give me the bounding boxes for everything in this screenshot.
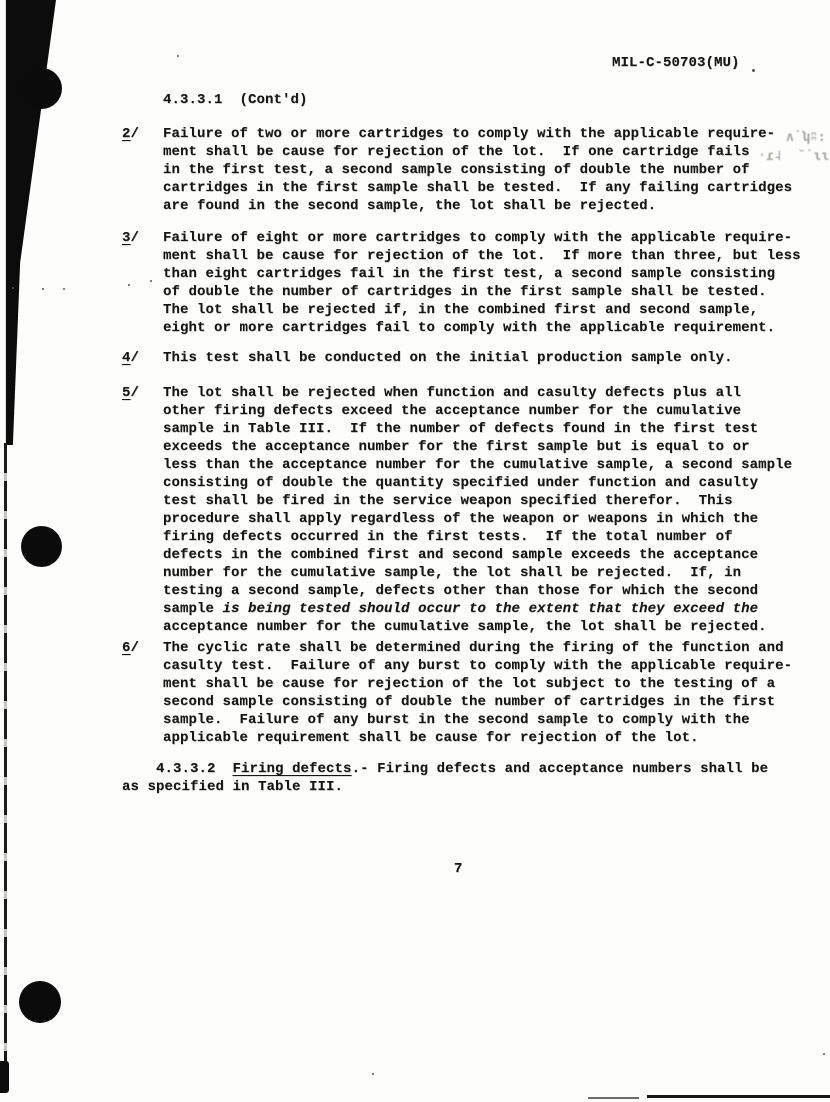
footnote-paragraph: 6/ The cyclic rate shall be determined d… [122, 639, 823, 747]
page-number: 7 [454, 860, 463, 878]
scan-edge-blob [0, 1061, 9, 1093]
footnote-number: 4/ [122, 349, 163, 367]
footnote-text-segment: acceptance number for the cumulative sam… [163, 619, 767, 635]
hole-punch-mark [21, 526, 62, 567]
footnote-paragraph: 4/ This test shall be conducted on the i… [122, 349, 823, 367]
footnote-text: This test shall be conducted on the init… [163, 349, 823, 367]
bottom-rule-segment [647, 1095, 830, 1098]
closing-title-underlined: Firing defects [233, 761, 352, 777]
footnote-text-italic-segment: is being tested should occur to the exte… [223, 601, 759, 617]
scan-speck [752, 69, 755, 72]
footnote-paragraph: 5/ The lot shall be rejected when functi… [122, 384, 823, 636]
footnote-number: 2/ [122, 125, 163, 143]
scan-speck [42, 288, 44, 290]
footnote-text: Failure of two or more cartridges to com… [163, 125, 823, 215]
scan-edge-line [4, 443, 7, 1065]
footnote-text: The lot shall be rejected when function … [163, 384, 823, 636]
footnote-number: 6/ [122, 639, 163, 657]
footnote-text-segment: The lot shall be rejected when function … [163, 385, 792, 617]
document-page: ʌ˙ʮʭ: ˓ɾ˨ ˘˙ɩɩ MIL-C-50703(MU) 4.3.3.1 (… [0, 0, 830, 1102]
footnote-number: 3/ [122, 229, 163, 247]
scan-speck [63, 288, 65, 290]
footnote-number: 5/ [122, 384, 163, 402]
closing-paragraph: 4.3.3.2 Firing defects.- Firing defects … [122, 760, 817, 796]
scan-edge-wedge [0, 0, 56, 445]
closing-section-number: 4.3.3.2 [122, 761, 233, 777]
footnote-text: Failure of eight or more cartridges to c… [163, 229, 823, 337]
scan-speck [12, 287, 14, 289]
scan-speck [177, 55, 179, 57]
footnote-paragraph: 3/ Failure of eight or more cartridges t… [122, 229, 823, 337]
hole-punch-mark [21, 68, 62, 109]
scan-speck [372, 1073, 374, 1075]
footnote-text: The cyclic rate shall be determined duri… [163, 639, 823, 747]
bottom-rule-segment [588, 1097, 639, 1099]
document-reference: MIL-C-50703(MU) [612, 54, 740, 72]
section-heading: 4.3.3.1 (Cont'd) [163, 91, 308, 109]
scan-speck [823, 1053, 825, 1055]
hole-punch-mark [19, 981, 61, 1023]
footnote-paragraph: 2/ Failure of two or more cartridges to … [122, 125, 823, 215]
